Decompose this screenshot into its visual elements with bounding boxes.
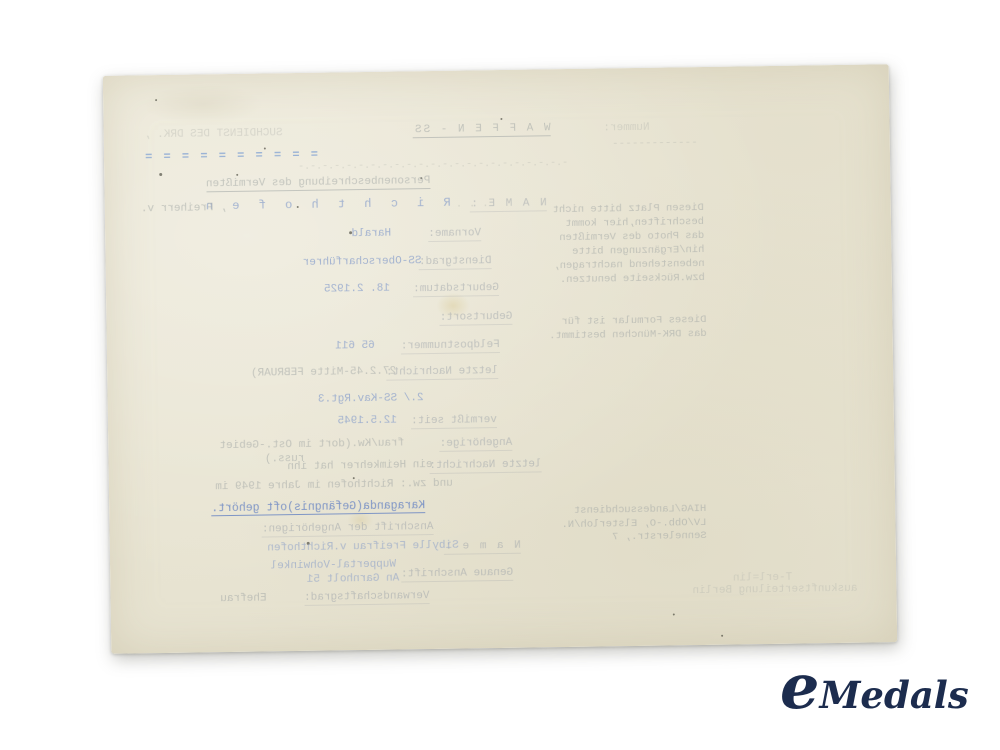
verwandschaft-value: Ehefrau: [220, 592, 266, 606]
nummer-label: Nummer:: [603, 122, 649, 136]
geburtsdatum-value: 18. 2.1925: [324, 283, 390, 297]
hiag-address-block: HIAG/Landessuchdienst LV/Obb.-O, Elsterl…: [561, 503, 707, 546]
name-value: R i c h t h o f e n: [200, 197, 451, 214]
nummer-line: -------------: [612, 137, 698, 151]
angehoerige-label: Angehörige:: [440, 437, 513, 452]
formular-note: Dieses Formular ist für das DRK-München …: [549, 313, 707, 343]
geburtsdatum-label: Geburtsdatum:: [413, 282, 499, 297]
emedals-wordmark: Medals: [819, 673, 968, 717]
name-dots: . . .: [456, 198, 489, 211]
anschrift-value-1: Wuppertal-Vohwinkel: [271, 559, 397, 574]
genaue-anschrift-label: Genaue Anschrift:: [401, 567, 513, 583]
faint-bottom-line-2: auskunftserteilung Berlin: [692, 583, 857, 598]
anschrift-value-2: An Garnholt 51: [307, 573, 400, 587]
nachricht-line-3: Karaganda(Gefängnis)oft gehört.: [211, 499, 425, 516]
letzte-nachricht-label: letzte Nachricht:: [386, 365, 498, 381]
form-title: Personenbeschreibung des Vermißten: [206, 175, 431, 192]
feldpostnummer-value: 65 611: [335, 340, 375, 354]
name-suffix: , Freiherr v.: [141, 202, 227, 216]
letzte-nachricht2-value: ein Heimkehrer hat ihn: [287, 459, 432, 474]
bleedthrough-text-layer: W A F F E N - SS SUCHDIENST DES DRK. , =…: [103, 64, 897, 654]
vermisst-seit-value: 12.5.1945: [337, 415, 397, 429]
letzte-nachricht-value: 27.2.45-Mitte FEBRUAR): [251, 366, 396, 381]
photo-instructions: Diesen Platz bitte nicht beschriften,hie…: [552, 201, 704, 287]
vermisst-seit-label: vermißt seit:: [411, 414, 497, 429]
dienstgrad-label: Dienstgrad:: [419, 255, 492, 270]
letzte-nachricht2-label: letzte Nachricht:: [429, 458, 541, 474]
paper-sheet: W A F F E N - SS SUCHDIENST DES DRK. , =…: [103, 64, 897, 654]
hiag-line: Sennelerstr., 7: [562, 530, 707, 546]
vorname-value: Harald: [351, 228, 391, 242]
vorname-label: Vorname:: [428, 227, 481, 242]
photo-instructions-line: bzw.Rückseite benutzen.: [553, 271, 704, 287]
name2-value: Sibylle Freifrau v.Richthofen: [267, 540, 459, 556]
header-suchdienst: SUCHDIENST DES DRK. ,: [144, 127, 283, 142]
emedals-e-logo: e: [780, 656, 819, 718]
dienstgrad-value: SS-Oberscharführer: [303, 255, 422, 270]
anschrift-header: Anschrift der Angehörigen:: [262, 521, 434, 538]
header-waffen-ss: W A F F E N - SS: [413, 122, 551, 138]
header-dash-row: -.-.-.-.-.-.-.-.-.-.-.-.-.-.-.-.-.-.-.-.…: [298, 157, 568, 174]
angehoerige-value: frau/Kw.(dort im Ost.-Gebiet: [219, 437, 404, 453]
verwandschaft-label: Verwandschaftsgrad:: [304, 590, 430, 606]
document-photo: W A F F E N - SS SUCHDIENST DES DRK. , =…: [0, 0, 1000, 750]
emedals-watermark: eMedals: [780, 656, 990, 730]
formular-note-line: das DRK-München bestimmt.: [549, 327, 707, 343]
nachricht-line-2: und zw.: Richthofen im Jahre 1949 im: [215, 478, 453, 495]
feldpostnummer-label: Feldpostnummer:: [401, 339, 500, 354]
header-equals-row: = = = = = = = = = =: [143, 149, 318, 165]
geburtsort-label: Geburtsort:: [440, 311, 513, 326]
einheit-value: 2./ SS-Kav.Rgt.3: [318, 392, 424, 407]
